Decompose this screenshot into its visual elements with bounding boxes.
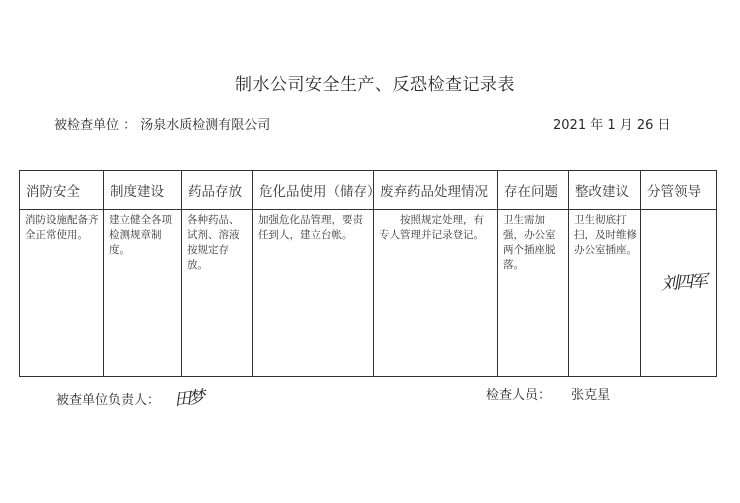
inspection-date: 2021 年 1 月 26 日 — [553, 114, 671, 133]
inspector-label: 检查人员： — [486, 388, 551, 403]
cell-drug-storage: 各种药品、试剂、溶液按规定存放。 — [182, 210, 253, 377]
inspector-name: 张克星 — [571, 388, 610, 403]
header-existing-problems: 存在问题 — [498, 171, 569, 210]
document-title: 制水公司安全生产、反恐检查记录表 — [0, 70, 740, 95]
inspector: 检查人员： 张克星 — [486, 384, 610, 403]
cell-existing-problems: 卫生需加强，办公室两个插座脱落。 — [498, 210, 569, 377]
header-drug-storage: 药品存放 — [182, 171, 253, 210]
header-leader-in-charge: 分管领导 — [641, 171, 717, 210]
cell-hazardous-chemicals: 加强危化品管理，要责任到人，建立台帐。 — [253, 210, 374, 377]
responsible-person: 被查单位负责人： 田梦 — [56, 384, 202, 409]
header-rectification-advice: 整改建议 — [569, 171, 641, 210]
cell-system-building: 建立健全各项检测规章制度。 — [104, 210, 182, 377]
inspected-unit-name: 汤泉水质检测有限公司 — [140, 118, 270, 133]
header-hazardous-chemicals: 危化品使用（储存） — [253, 171, 374, 210]
responsible-label: 被查单位负责人： — [56, 393, 160, 408]
inspected-unit: 被检查单位 ： 汤泉水质检测有限公司 — [54, 114, 270, 133]
cell-leader-in-charge: 刘四军 — [641, 210, 717, 377]
cell-fire-safety: 消防设施配备齐全正常使用。 — [20, 210, 104, 377]
header-fire-safety: 消防安全 — [20, 171, 104, 210]
cell-waste-drug-handling: 按照规定处理，有专人管理并记录登记。 — [374, 210, 498, 377]
header-system-building: 制度建设 — [104, 171, 182, 210]
inspection-table: 消防安全 制度建设 药品存放 危化品使用（储存） 废弃药品处理情况 存在问题 整… — [19, 170, 717, 377]
table-row: 消防设施配备齐全正常使用。 建立健全各项检测规章制度。 各种药品、试剂、溶液按规… — [20, 210, 717, 377]
header-waste-drug-handling: 废弃药品处理情况 — [374, 171, 498, 210]
inspected-unit-label: 被检查单位 ： — [54, 118, 136, 133]
cell-rectification-advice: 卫生彻底打扫，及时维修办公室插座。 — [569, 210, 641, 377]
leader-signature: 刘四军 — [661, 274, 707, 292]
table-header-row: 消防安全 制度建设 药品存放 危化品使用（储存） 废弃药品处理情况 存在问题 整… — [20, 171, 717, 210]
responsible-signature: 田梦 — [173, 383, 203, 411]
